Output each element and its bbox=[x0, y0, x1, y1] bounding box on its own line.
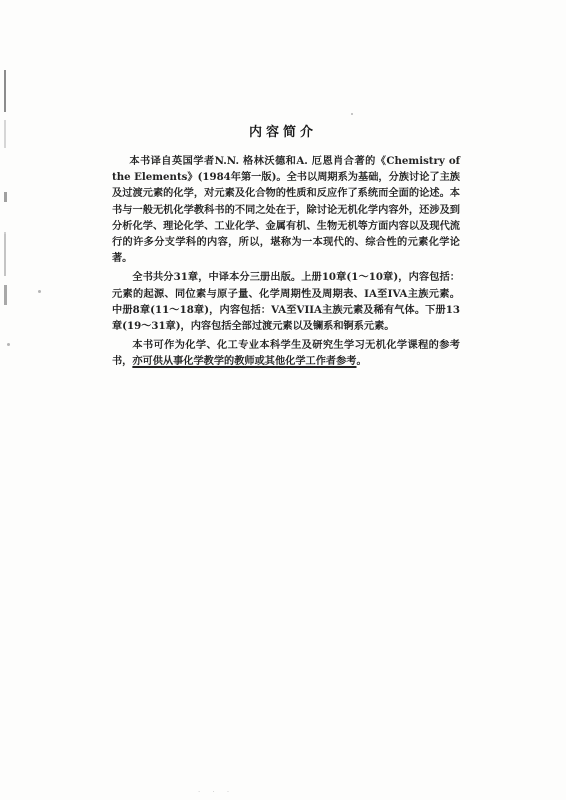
audience-end-punct: 。 bbox=[357, 355, 367, 367]
paragraph-overview: 本书译自英国学者N.N. 格林沃德和A. 厄恩肖合著的《Chemistry of… bbox=[112, 153, 460, 266]
page-title: 内容简介 bbox=[0, 121, 566, 140]
scan-speck bbox=[351, 113, 353, 115]
audience-underlined-text: 亦可供从事化学教学的教师或其他化学工作者参考 bbox=[132, 355, 356, 367]
binding-edge-mark bbox=[4, 70, 6, 112]
binding-edge-mark bbox=[4, 192, 7, 202]
page-footer-marks: · · · bbox=[198, 788, 234, 796]
binding-edge-mark bbox=[4, 234, 6, 276]
abstract-body: 本书译自英国学者N.N. 格林沃德和A. 厄恩肖合著的《Chemistry of… bbox=[112, 153, 460, 373]
scan-speck bbox=[38, 290, 41, 293]
scanned-page: 内容简介 本书译自英国学者N.N. 格林沃德和A. 厄恩肖合著的《Chemist… bbox=[0, 0, 566, 800]
paragraph-audience: 本书可作为化学、化工专业本科学生及研究生学习无机化学课程的参考书，亦可供从事化学… bbox=[112, 337, 460, 369]
scan-speck bbox=[7, 343, 10, 346]
paragraph-structure: 全书共分31章，中译本分三册出版。上册10章(1～10章)，内容包括：元素的起源… bbox=[112, 269, 460, 334]
binding-edge-mark bbox=[4, 285, 7, 305]
